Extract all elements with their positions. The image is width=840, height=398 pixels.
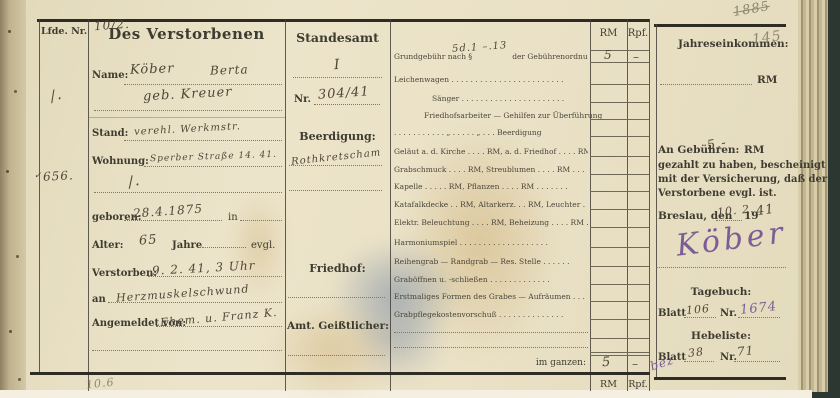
certification-line-3: Verstorbene evgl. ist.	[658, 188, 777, 199]
dotted-line	[202, 247, 246, 248]
tagebuch-blatt-label: Blatt	[658, 308, 686, 319]
name-label: Name:	[92, 70, 128, 81]
dotted-line	[92, 350, 282, 351]
verstorben-label: Verstorben:	[92, 268, 157, 279]
fee-cell-line	[590, 284, 649, 285]
fee-header-rm: RM	[590, 28, 627, 39]
dotted-line	[293, 77, 382, 78]
dotted-line	[289, 165, 382, 166]
fee-row-grabpflege: Grabpflegekostenvorschuß . . . . . . . .…	[394, 310, 588, 319]
an-gebuehren-rm-unit: RM	[744, 144, 764, 156]
blank-fee-line	[394, 332, 588, 333]
rule-bottom-right-block	[654, 377, 786, 380]
amt-geistlicher-label: Amt. Geißtlicher:	[287, 320, 388, 332]
fee-cell-line	[590, 301, 649, 302]
fee-cell-line	[590, 62, 649, 63]
standesamt-nr-label: Nr.	[294, 94, 311, 105]
hebeliste-blatt-value: 38	[687, 345, 704, 360]
total-rm-value: 5	[601, 355, 612, 371]
fee-row-graboeffnen: Graböffnen u. -schließen . . . . . . . .…	[394, 275, 588, 284]
alter-label: Alter:	[92, 240, 124, 251]
fee-cell-line	[590, 191, 649, 192]
paper-speckles	[8, 30, 11, 33]
rule-top-right-block	[654, 24, 786, 27]
margin-checkmark: ✓	[34, 171, 43, 181]
fee-row-grabschmuck: Grabschmuck . . . . RM, Streublumen . . …	[394, 165, 588, 174]
tagebuch-label: Tagebuch:	[656, 286, 786, 298]
alter-value: 65	[138, 232, 158, 248]
standesamt-office-number: I	[333, 57, 341, 74]
total-rpf-value: –	[632, 357, 639, 371]
fee-cell-line	[590, 227, 649, 228]
fee-row-kapelle: Kapelle . . . . . RM, Pflanzen . . . . R…	[394, 182, 588, 191]
certification-line-1: gezahlt zu haben, bescheinigt	[658, 160, 826, 171]
fee-row-grundgebuehr: Grundgebühr nach §der Gebührenordnung .	[394, 52, 588, 61]
fee-cell-line	[590, 50, 649, 51]
divider-continuation	[390, 375, 391, 391]
dotted-line	[289, 190, 382, 191]
fee-row-beleuchtung: Elektr. Beleuchtung . . . . RM, Beheizun…	[394, 218, 588, 227]
page-stack-edge	[798, 0, 828, 392]
rule-bottom-main	[30, 372, 650, 375]
ledger-number-header: Lfde. Nr.	[41, 26, 87, 37]
fee-row-friedhofsarbeiter: Friedhofsarbeiter — Gehilfen zur Überfüh…	[394, 111, 618, 120]
total-rule-upper	[590, 352, 649, 353]
jahreseinkommen-rm-unit: RM	[757, 74, 777, 86]
dotted-line	[738, 317, 780, 318]
dotted-line	[656, 267, 786, 268]
hebeliste-label: Hebeliste:	[656, 330, 786, 342]
fee-cell-line	[590, 319, 649, 320]
border-right-main	[649, 19, 650, 372]
fee-row-formen: Erstmaliges Formen des Grabes — Aufräume…	[394, 292, 588, 301]
dotted-line	[734, 361, 780, 362]
right-block-left-border	[656, 24, 657, 377]
geboren-in-label: in	[228, 212, 238, 223]
dotted-line	[94, 110, 282, 111]
dotted-line	[684, 317, 716, 318]
dotted-line	[660, 84, 752, 85]
dotted-line	[124, 220, 222, 221]
divider-standesamt-fees	[390, 19, 391, 372]
next-record-rm-header: RM	[590, 379, 627, 390]
dotted-line	[144, 166, 282, 167]
margin-number: 656.	[43, 168, 74, 184]
dotted-line	[108, 302, 282, 303]
dotted-line	[94, 192, 282, 193]
dotted-line	[156, 326, 282, 327]
row-divider	[88, 117, 285, 118]
hebeliste-nr-value: 71	[736, 343, 754, 358]
fee-cell-line	[590, 338, 649, 339]
fee-cell-line	[590, 247, 649, 248]
alter-evgl-label: evgl.	[251, 240, 275, 251]
fee-row-text-after: der Gebührenordnung .	[512, 52, 588, 61]
grundgebuehr-rm-value: 5	[604, 48, 613, 62]
section-title-deceased: Des Verstorbenen	[88, 25, 285, 43]
dotted-line	[288, 355, 385, 356]
fee-row-ditto-beerdigung: . . . . . . . . . . . „ . . . . . „ . . …	[394, 128, 588, 137]
total-rule-lower	[590, 355, 649, 356]
next-record-rpf-header: Rpf.	[627, 379, 649, 390]
an-label: an	[92, 294, 106, 305]
next-page-edge	[0, 390, 812, 398]
standesamt-title: Standesamt	[287, 30, 388, 45]
fee-cell-line	[590, 136, 649, 137]
name-firstname-value: Berta	[210, 62, 249, 77]
beerdigung-label: Beerdigung:	[287, 130, 388, 143]
book-gutter	[0, 0, 26, 392]
divider-lfdnr	[88, 19, 89, 372]
scanned-register-photo: Lfde. Nr. 10/2. /. ✓ 656. Des Verstorben…	[0, 0, 840, 398]
fee-row-reihengrab: Reihengrab — Randgrab — Res. Stelle . . …	[394, 257, 588, 266]
dotted-line	[288, 297, 385, 298]
dotted-line	[314, 104, 380, 105]
wohnung-label: Wohnung:	[92, 156, 149, 167]
fee-row-harmonium: Harmoniumspiel . . . . . . . . . . . . .…	[394, 238, 588, 247]
fee-header-rpf: Rpf.	[627, 28, 649, 39]
border-left	[39, 19, 40, 372]
stand-label: Stand:	[92, 128, 128, 139]
dotted-line	[684, 361, 714, 362]
fee-row-gelaeut: Geläut a. d. Kirche . . . . RM, a. d. Fr…	[394, 147, 588, 156]
fee-cell-line	[590, 119, 649, 120]
fee-row-leichenwagen: Leichenwagen . . . . . . . . . . . . . .…	[394, 75, 588, 84]
alter-jahre-label: Jahre	[172, 240, 202, 251]
total-label: im ganzen:	[480, 358, 586, 368]
dotted-line	[124, 140, 282, 141]
fee-cell-line	[590, 102, 649, 103]
fee-cell-line	[590, 266, 649, 267]
hebeliste-blatt-label: Blatt	[658, 352, 686, 363]
divider-personal-standesamt	[285, 19, 286, 372]
friedhof-label: Friedhof:	[287, 262, 388, 275]
fee-cell-line	[590, 84, 649, 85]
divider-continuation	[285, 375, 286, 391]
divider-continuation	[649, 375, 650, 391]
tagebuch-blatt-value: 106	[685, 302, 710, 317]
tagebuch-nr-label: Nr.	[720, 308, 737, 319]
fee-cell-line	[590, 209, 649, 210]
dotted-line	[240, 220, 282, 221]
name-value: Köber	[130, 61, 175, 78]
fee-row-katafalkdecke: Katafalkdecke . . RM, Altarkerz. . . RM,…	[394, 200, 588, 209]
dotted-line	[148, 276, 282, 277]
certification-line-2: mit der Versicherung, daß der	[658, 174, 827, 185]
fee-cell-line	[590, 156, 649, 157]
dotted-line	[124, 84, 282, 85]
fee-cell-line	[590, 174, 649, 175]
blank-fee-line	[394, 347, 588, 348]
